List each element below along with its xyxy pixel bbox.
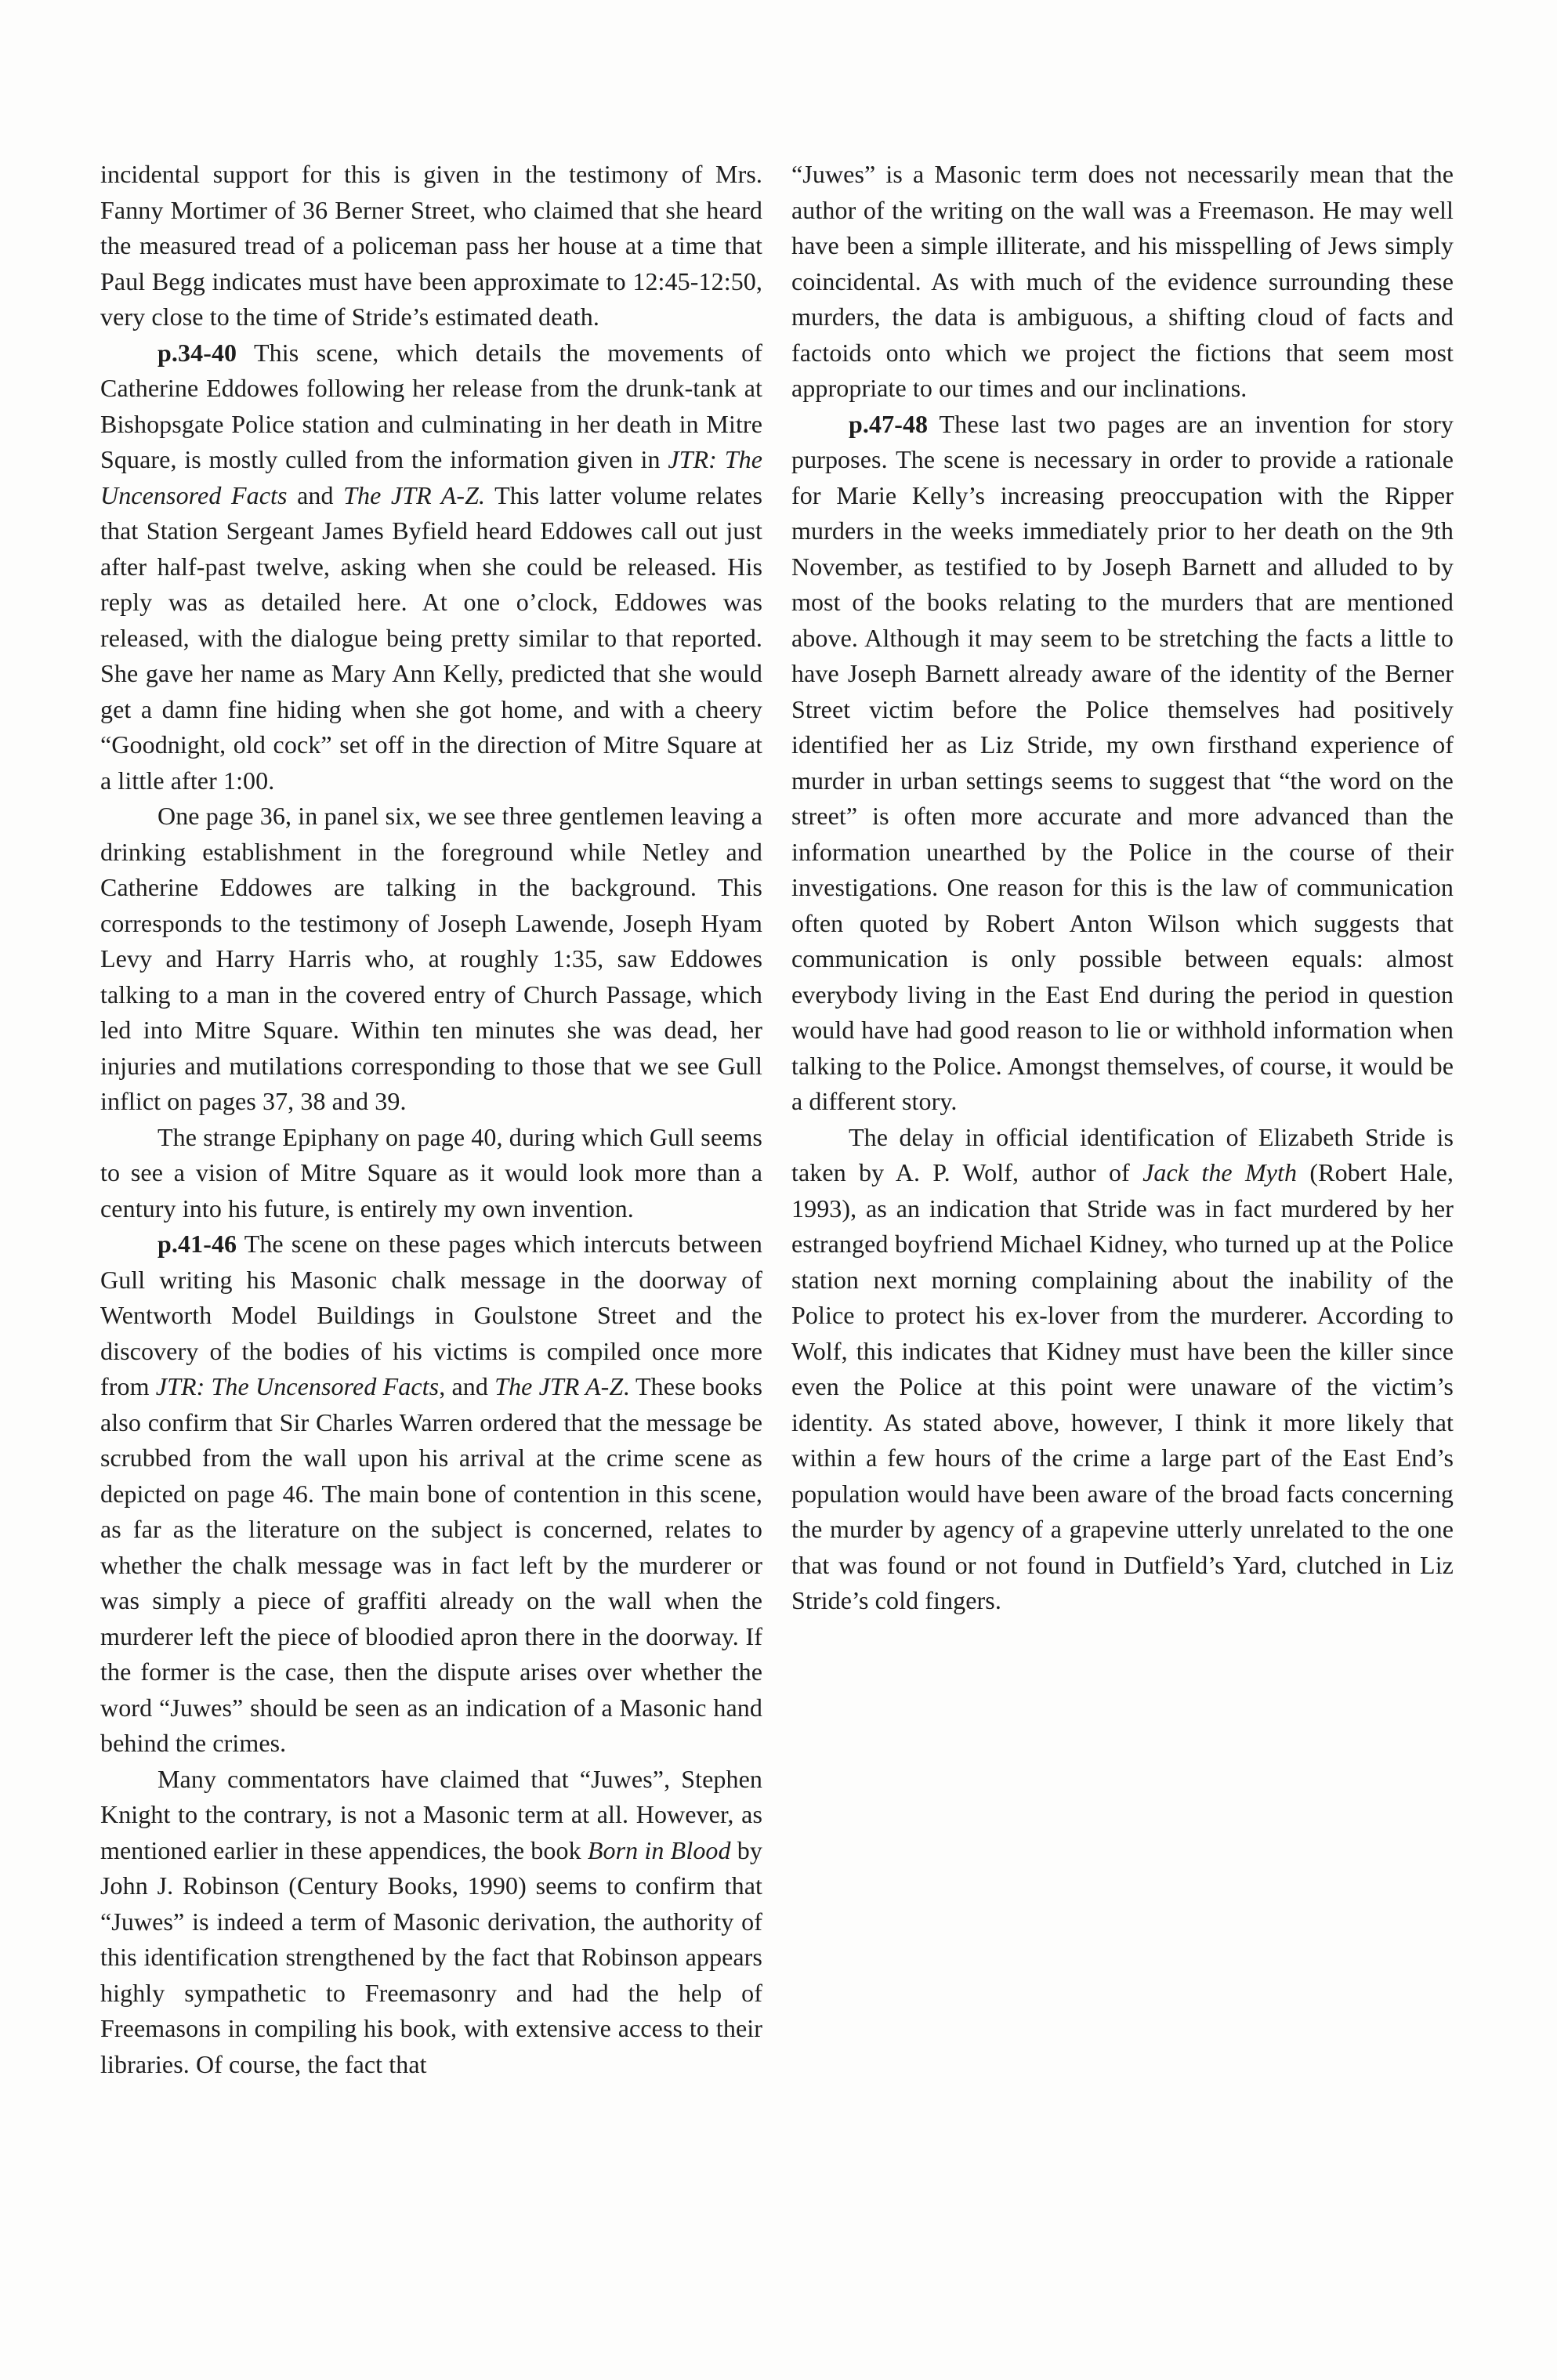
book-page: incidental support for this is given in … bbox=[0, 0, 1557, 2380]
paragraph: incidental support for this is given in … bbox=[100, 157, 762, 335]
text-run: , and bbox=[439, 1372, 494, 1400]
paragraph: The strange Epiphany on page 40, during … bbox=[100, 1120, 762, 1227]
text-run: This latter volume relates that Station … bbox=[100, 481, 762, 795]
text-run: These last two pages are an invention fo… bbox=[791, 410, 1454, 1116]
paragraph: The delay in official identification of … bbox=[791, 1120, 1454, 1619]
paragraph: Many commentators have claimed that “Juw… bbox=[100, 1762, 762, 2083]
text-run: “Juwes” is a Masonic term does not neces… bbox=[791, 160, 1454, 402]
right-column: “Juwes” is a Masonic term does not neces… bbox=[791, 157, 1454, 2082]
paragraph: One page 36, in panel six, we see three … bbox=[100, 799, 762, 1120]
text-run: One page 36, in panel six, we see three … bbox=[100, 802, 762, 1115]
text-run: by John J. Robinson (Century Books, 1990… bbox=[100, 1836, 762, 2078]
book-title: The JTR A-Z. bbox=[343, 481, 485, 509]
text-columns: incidental support for this is given in … bbox=[100, 157, 1557, 2082]
book-title: The JTR A-Z bbox=[494, 1372, 623, 1400]
text-run: (Robert Hale, 1993), as an indication th… bbox=[791, 1158, 1454, 1614]
book-title: JTR: The Uncensored Facts bbox=[156, 1372, 439, 1400]
paragraph: p.41-46 The scene on these pages which i… bbox=[100, 1226, 762, 1762]
page-reference: p.47-48 bbox=[849, 410, 928, 438]
left-column: incidental support for this is given in … bbox=[100, 157, 762, 2082]
page-reference: p.34-40 bbox=[158, 339, 237, 367]
text-run: incidental support for this is given in … bbox=[100, 160, 762, 331]
text-run: . These books also confirm that Sir Char… bbox=[100, 1372, 762, 1757]
text-run: and bbox=[288, 481, 344, 509]
book-title: Born in Blood bbox=[588, 1836, 731, 1864]
page-reference: p.41-46 bbox=[158, 1230, 237, 1258]
book-title: Jack the Myth bbox=[1142, 1158, 1297, 1186]
paragraph: p.47-48 These last two pages are an inve… bbox=[791, 407, 1454, 1120]
paragraph: “Juwes” is a Masonic term does not neces… bbox=[791, 157, 1454, 407]
paragraph: p.34-40 This scene, which details the mo… bbox=[100, 335, 762, 799]
text-run: The strange Epiphany on page 40, during … bbox=[100, 1123, 762, 1223]
